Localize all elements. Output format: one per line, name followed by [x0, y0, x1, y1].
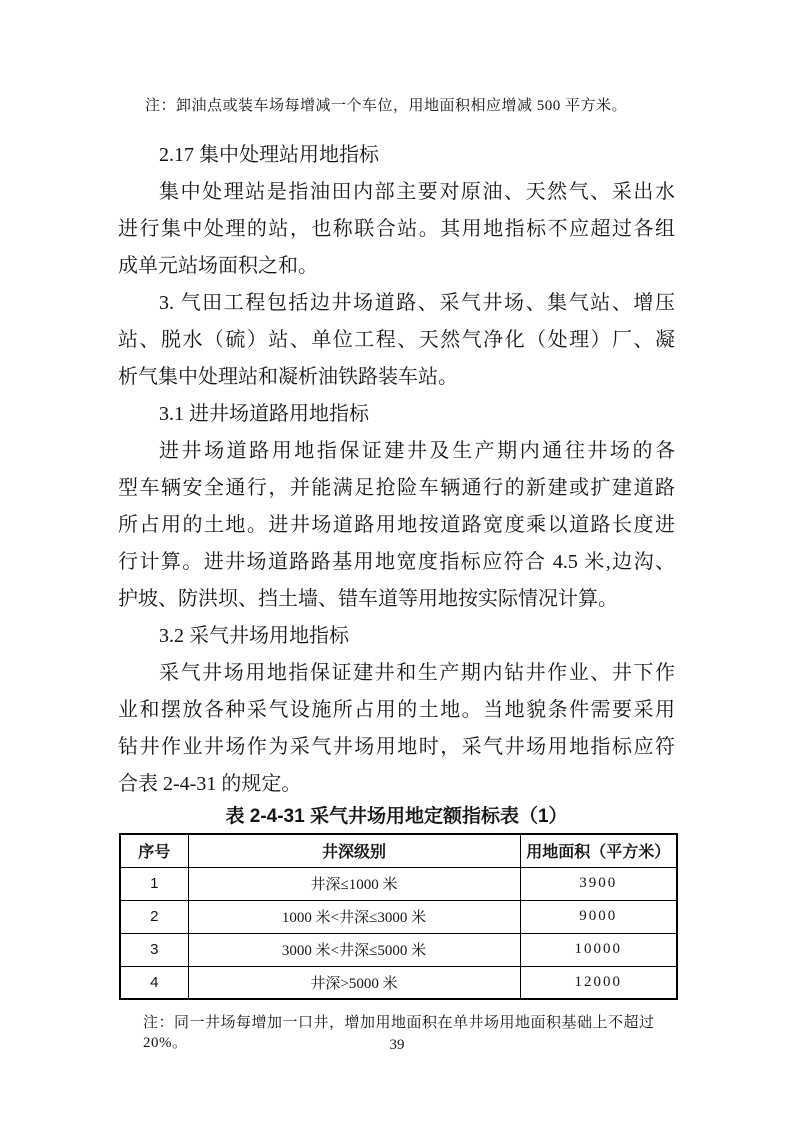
text-line: 进行集中处理的站，也称联合站。其用地指标不应超过各组: [118, 211, 675, 248]
text-line: 护坡、防洪坝、挡土墙、错车道等用地按实际情况计算。: [118, 581, 675, 618]
text-line: 业和摆放各种采气设施所占用的土地。当地貌条件需要采用: [118, 692, 675, 729]
cell-depth: 井深>5000 米: [188, 966, 520, 999]
cell-area: 10000: [520, 933, 677, 966]
table-row: 3 3000 米<井深≤5000 米 10000: [120, 933, 677, 966]
cell-depth: 3000 米<井深≤5000 米: [188, 933, 520, 966]
section-heading-3-2: 3.2 采气井场用地指标: [118, 618, 675, 655]
cell-depth: 1000 米<井深≤3000 米: [188, 900, 520, 933]
text-line: 成单元站场面积之和。: [118, 248, 675, 285]
cell-seq: 1: [120, 867, 188, 900]
cell-seq: 3: [120, 933, 188, 966]
text-line: 合表 2-4-31 的规定。: [118, 766, 675, 803]
table-row: 2 1000 米<井深≤3000 米 9000: [120, 900, 677, 933]
text-line: 钻井作业井场作为采气井场用地时，采气井场用地指标应符: [118, 729, 675, 766]
body-text-block: 2.17 集中处理站用地指标 集中处理站是指油田内部主要对原油、天然气、采出水 …: [118, 137, 675, 803]
cell-area: 12000: [520, 966, 677, 999]
text-line: 进井场道路用地指保证建井及生产期内通往井场的各: [118, 433, 675, 470]
table-row: 4 井深>5000 米 12000: [120, 966, 677, 999]
land-use-table: 序号 井深级别 用地面积（平方米） 1 井深≤1000 米 3900 2 100…: [119, 833, 678, 1000]
cell-depth: 井深≤1000 米: [188, 867, 520, 900]
header-cell-area: 用地面积（平方米）: [520, 834, 677, 867]
document-page: 注：卸油点或装车场每增减一个车位，用地面积相应增减 500 平方米。 2.17 …: [0, 0, 794, 1122]
cell-area: 9000: [520, 900, 677, 933]
section-heading-3-1: 3.1 进井场道路用地指标: [118, 396, 675, 433]
text-line: 集中处理站是指油田内部主要对原油、天然气、采出水: [118, 174, 675, 211]
table-header-row: 序号 井深级别 用地面积（平方米）: [120, 834, 677, 867]
note-above-section: 注：卸油点或装车场每增减一个车位，用地面积相应增减 500 平方米。: [145, 97, 684, 116]
text-line: 型车辆安全通行，并能满足抢险车辆通行的新建或扩建道路: [118, 470, 675, 507]
table-caption: 表 2-4-31 采气井场用地定额指标表（1）: [118, 804, 675, 830]
cell-seq: 2: [120, 900, 188, 933]
land-use-table-wrapper: 序号 井深级别 用地面积（平方米） 1 井深≤1000 米 3900 2 100…: [119, 833, 676, 1000]
header-cell-seq: 序号: [120, 834, 188, 867]
table-row: 1 井深≤1000 米 3900: [120, 867, 677, 900]
text-line: 采气井场用地指保证建井和生产期内钻井作业、井下作: [118, 655, 675, 692]
text-line: 站、脱水（硫）站、单位工程、天然气净化（处理）厂、凝: [118, 322, 675, 359]
text-line: 行计算。进井场道路路基用地宽度指标应符合 4.5 米,边沟、: [118, 544, 675, 581]
header-cell-depth: 井深级别: [188, 834, 520, 867]
text-line: 析气集中处理站和凝析油铁路装车站。: [118, 359, 675, 396]
cell-area: 3900: [520, 867, 677, 900]
cell-seq: 4: [120, 966, 188, 999]
text-line: 3. 气田工程包括边井场道路、采气井场、集气站、增压: [118, 285, 675, 322]
text-line: 所占用的土地。进井场道路用地按道路宽度乘以道路长度进: [118, 507, 675, 544]
section-heading-2-17: 2.17 集中处理站用地指标: [118, 137, 675, 174]
page-number: 39: [0, 1037, 794, 1054]
